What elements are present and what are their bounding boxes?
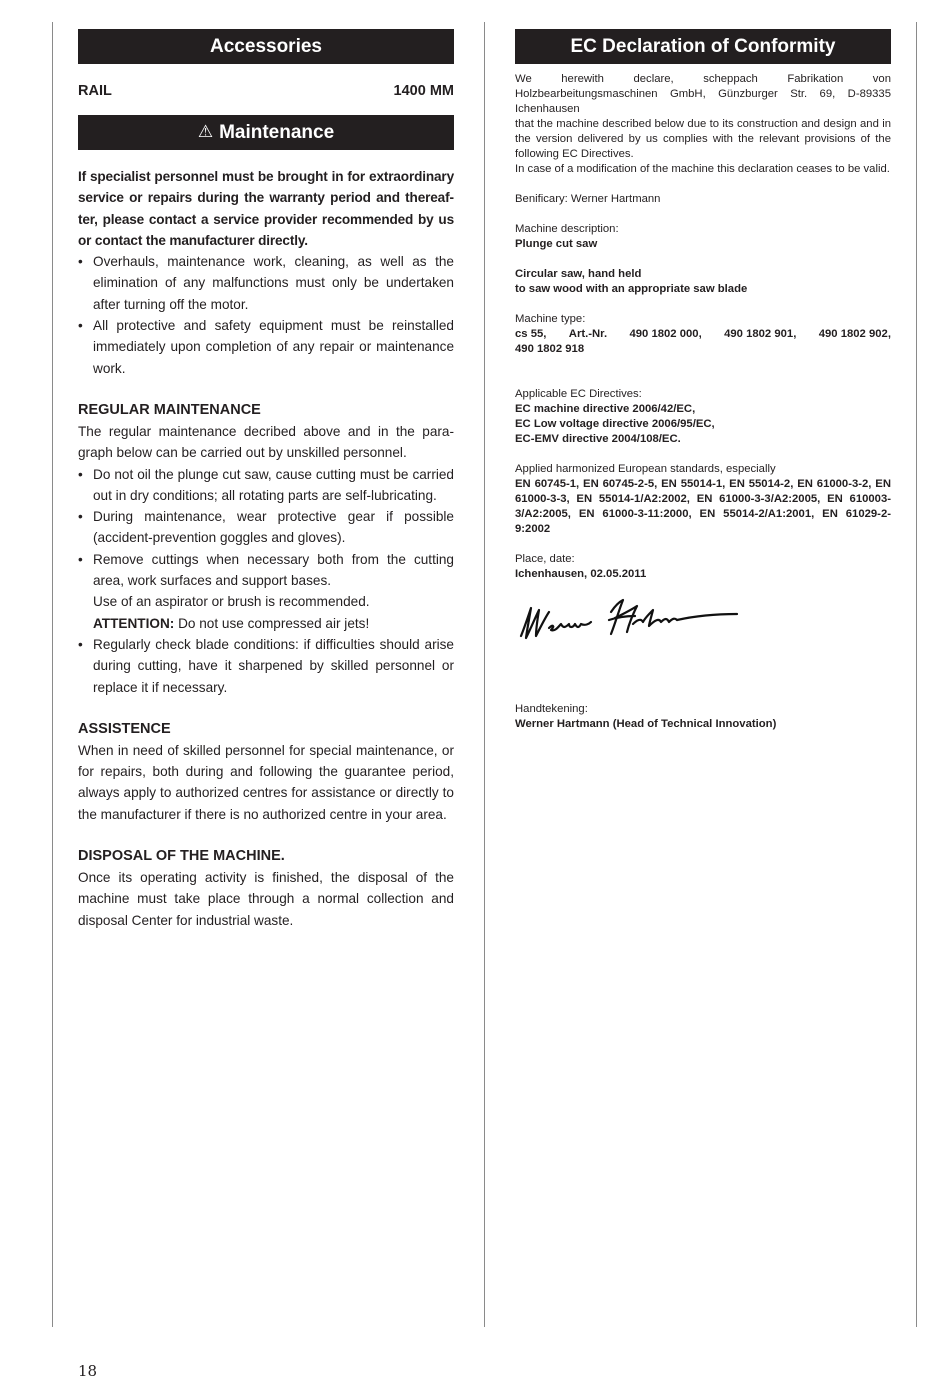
center-column-rule xyxy=(484,22,485,1327)
article-number: 490 1802 918 xyxy=(515,342,891,357)
list-item-text: Remove cuttings when necessary both from… xyxy=(93,549,454,592)
list-item: Overhauls, maintenance work, cleaning, a… xyxy=(78,251,454,315)
machine-detail-2: to saw wood with an appropriate saw blad… xyxy=(515,282,891,297)
list-item: Regularly check blade conditions: if dif… xyxy=(78,634,454,698)
maintenance-bullet-list: Overhauls, maintenance work, cleaning, a… xyxy=(78,251,454,379)
declaration-header: EC Declaration of Conformity xyxy=(515,29,891,64)
regular-maintenance-bullet-list: Do not oil the plunge cut saw, cause cut… xyxy=(78,464,454,698)
accessories-title: Accessories xyxy=(210,36,322,57)
right-column: EC Declaration of Conformity We herewith… xyxy=(515,29,891,732)
page-number: 18 xyxy=(78,1362,97,1380)
disposal-text: Once its operating activity is finished,… xyxy=(78,867,454,931)
place-date-block: Place, date: Ichenhausen, 02.05.2011 xyxy=(515,552,891,582)
standards-block: Applied harmonized European standards, e… xyxy=(515,462,891,537)
article-number-label: Art.-Nr. xyxy=(569,327,607,342)
directive-item: EC-EMV directive 2004/108/EC. xyxy=(515,432,891,447)
list-item-note: Use of an aspirator or brush is recommen… xyxy=(93,591,454,612)
signatory-name: Werner Hartmann (Head of Technical Innov… xyxy=(515,717,891,732)
machine-type-line: cs 55, Art.-Nr. 490 1802 000, 490 1802 9… xyxy=(515,327,891,342)
machine-model: cs 55, xyxy=(515,327,546,342)
signature-image xyxy=(515,596,891,660)
standards-label: Applied harmonized European standards, e… xyxy=(515,462,891,477)
maintenance-title: Maintenance xyxy=(219,122,334,143)
accessory-size: 1400 MM xyxy=(394,80,454,102)
machine-type-label: Machine type: xyxy=(515,312,891,327)
handtekening-label: Handtekening: xyxy=(515,702,891,717)
left-column: Accessories RAIL 1400 MM ⚠Maintenance If… xyxy=(78,29,454,931)
right-margin-rule xyxy=(916,22,917,1327)
accessory-item: RAIL 1400 MM xyxy=(78,80,454,102)
attention-note: ATTENTION: Do not use compressed air jet… xyxy=(93,613,454,634)
beneficiary: Benificary: Werner Hartmann xyxy=(515,192,891,207)
maintenance-intro: If specialist personnel must be brought … xyxy=(78,166,454,251)
attention-label: ATTENTION: xyxy=(93,616,174,631)
declaration-compliance: that the machine described below due to … xyxy=(515,117,891,162)
list-item: Do not oil the plunge cut saw, cause cut… xyxy=(78,464,454,507)
declaration-title: EC Declaration of Conformity xyxy=(571,36,836,57)
disposal-heading: DISPOSAL OF THE MACHINE. xyxy=(78,846,454,867)
accessory-name: RAIL xyxy=(78,80,112,102)
list-item: All protective and safety equipment must… xyxy=(78,315,454,379)
declaration-company-text: We herewith declare, scheppach Fabrikati… xyxy=(515,73,891,115)
list-item: During maintenance, wear protective gear… xyxy=(78,506,454,549)
handtekening-block: Handtekening: Werner Hartmann (Head of T… xyxy=(515,702,891,732)
attention-text: Do not use compressed air jets! xyxy=(174,616,369,631)
declaration-intro: We herewith declare, scheppach Fabrikati… xyxy=(515,72,891,177)
machine-description-block: Machine description: Plunge cut saw xyxy=(515,222,891,252)
left-margin-rule xyxy=(52,22,53,1327)
directive-item: EC machine directive 2006/42/EC, xyxy=(515,402,891,417)
assistance-text: When in need of skilled personnel for sp… xyxy=(78,740,454,825)
maintenance-header: ⚠Maintenance xyxy=(78,115,454,150)
machine-type-block: Machine type: cs 55, Art.-Nr. 490 1802 0… xyxy=(515,312,891,357)
signature-icon xyxy=(515,596,745,660)
warning-triangle-icon: ⚠ xyxy=(198,122,213,141)
place-date-label: Place, date: xyxy=(515,552,891,567)
declaration-validity: In case of a modification of the machine… xyxy=(515,162,891,177)
standards-list: EN 60745-1, EN 60745-2-5, EN 55014-1, EN… xyxy=(515,477,891,537)
place-date: Ichenhausen, 02.05.2011 xyxy=(515,567,891,582)
list-item: Remove cuttings when necessary both from… xyxy=(78,549,454,634)
article-number: 490 1802 902, xyxy=(819,327,891,342)
regular-maintenance-heading: REGULAR MAINTENANCE xyxy=(78,400,454,421)
article-number: 490 1802 000, xyxy=(629,327,701,342)
machine-detail-1: Circular saw, hand held xyxy=(515,267,891,282)
regular-maintenance-text: The regular maintenance decribed above a… xyxy=(78,421,454,464)
accessories-header: Accessories xyxy=(78,29,454,64)
assistance-heading: ASSISTENCE xyxy=(78,719,454,740)
directive-item: EC Low voltage directive 2006/95/EC, xyxy=(515,417,891,432)
machine-detail-block: Circular saw, hand held to saw wood with… xyxy=(515,267,891,297)
machine-description: Plunge cut saw xyxy=(515,237,891,252)
article-number: 490 1802 901, xyxy=(724,327,796,342)
directives-label: Applicable EC Directives: xyxy=(515,387,891,402)
machine-description-label: Machine description: xyxy=(515,222,891,237)
declaration-company: We herewith declare, scheppach Fabrikati… xyxy=(515,72,891,117)
directives-block: Applicable EC Directives: EC machine dir… xyxy=(515,387,891,447)
